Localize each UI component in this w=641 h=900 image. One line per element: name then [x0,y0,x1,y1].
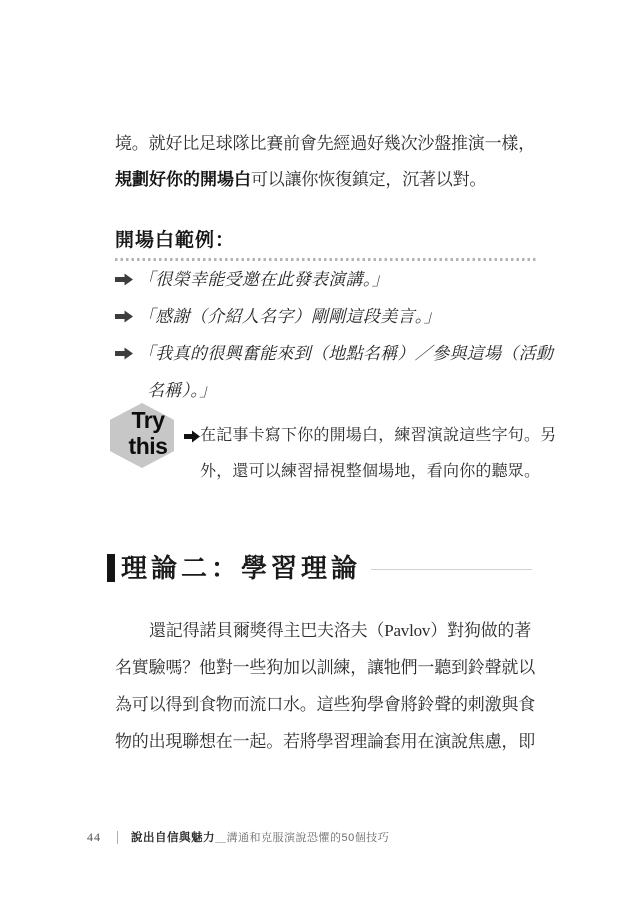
body-line: 為可以得到食物而流口水。這些狗學會將鈴聲的刺激與食 [115,686,535,723]
footer-divider [117,831,118,844]
example-text: 「我真的很興奮能來到（地點名稱）／參與這場（活動 [138,335,553,372]
arrow-right-icon [115,347,133,365]
body-line: 名實驗嗎？他對一些狗加以訓練，讓牠們一聽到鈴聲就以 [115,649,535,686]
arrow-right-icon [115,310,133,328]
examples-section: 開場白範例： 「很榮幸能受邀在此發表演講。」 「感謝（介紹人名字）剛剛這段美言。… [115,229,536,409]
intro-paragraph: 境。就好比足球隊比賽前會先經過好幾次沙盤推演一樣， 規劃好你的開場白可以讓你恢復… [115,126,535,198]
body-paragraph: 還記得諾貝爾獎得主巴夫洛夫（Pavlov）對狗做的著 名實驗嗎？他對一些狗加以訓… [115,612,535,760]
intro-line-1: 境。就好比足球隊比賽前會先經過好幾次沙盤推演一樣， [115,126,535,162]
badge-line-2: this [110,433,186,459]
example-item: 「感謝（介紹人名字）剛剛這段美言。」 [115,298,536,335]
arrow-right-icon [115,273,133,291]
heading-rule [371,569,532,570]
try-text-line: 外，還可以練習掃視整個場地，看向你的聽眾。 [200,454,556,490]
badge-line-1: Try [110,407,186,433]
section-title: 理論二：學習理論 [121,552,361,584]
book-subtitle: ＿溝通和克服演說恐懼的50個技巧 [215,829,389,845]
example-item: 「我真的很興奮能來到（地點名稱）／參與這場（活動 名稱）。」 [115,335,536,409]
intro-line-2-rest: 可以讓你恢復鎮定，沉著以對。 [251,170,486,189]
section-heading: 理論二：學習理論 [107,552,532,584]
arrow-right-icon [184,430,200,448]
example-item: 「很榮幸能受邀在此發表演講。」 [115,261,536,298]
example-list: 「很榮幸能受邀在此發表演講。」 「感謝（介紹人名字）剛剛這段美言。」 「我真的很… [115,261,536,409]
body-line: 還記得諾貝爾獎得主巴夫洛夫（Pavlov）對狗做的著 [115,612,535,649]
try-this-text: 在記事卡寫下你的開場白，練習演說這些字句。另 外，還可以練習掃視整個場地，看向你… [200,418,556,490]
heading-bar [107,554,115,582]
page-footer: 44 說出自信與魅力 ＿溝通和克服演說恐懼的50個技巧 [87,828,389,846]
body-line: 物的出現聯想在一起。若將學習理論套用在演說焦慮，即 [115,723,535,760]
example-text: 「很榮幸能受邀在此發表演講。」 [138,261,389,298]
page-number: 44 [87,830,101,845]
book-title: 說出自信與魅力 [131,829,215,845]
intro-bold-phrase: 規劃好你的開場白 [115,170,251,189]
try-this-callout: Try this 在記事卡寫下你的開場白，練習演說這些字句。另 外，還可以練習掃… [110,403,556,490]
examples-heading: 開場白範例： [115,229,536,253]
try-this-badge-text: Try this [110,407,186,459]
try-text-line: 在記事卡寫下你的開場白，練習演說這些字句。另 [200,418,556,454]
example-text: 「感謝（介紹人名字）剛剛這段美言。」 [138,298,441,335]
intro-line-2: 規劃好你的開場白可以讓你恢復鎮定，沉著以對。 [115,162,535,198]
book-page: 境。就好比足球隊比賽前會先經過好幾次沙盤推演一樣， 規劃好你的開場白可以讓你恢復… [0,0,641,900]
try-this-badge: Try this [110,403,174,468]
